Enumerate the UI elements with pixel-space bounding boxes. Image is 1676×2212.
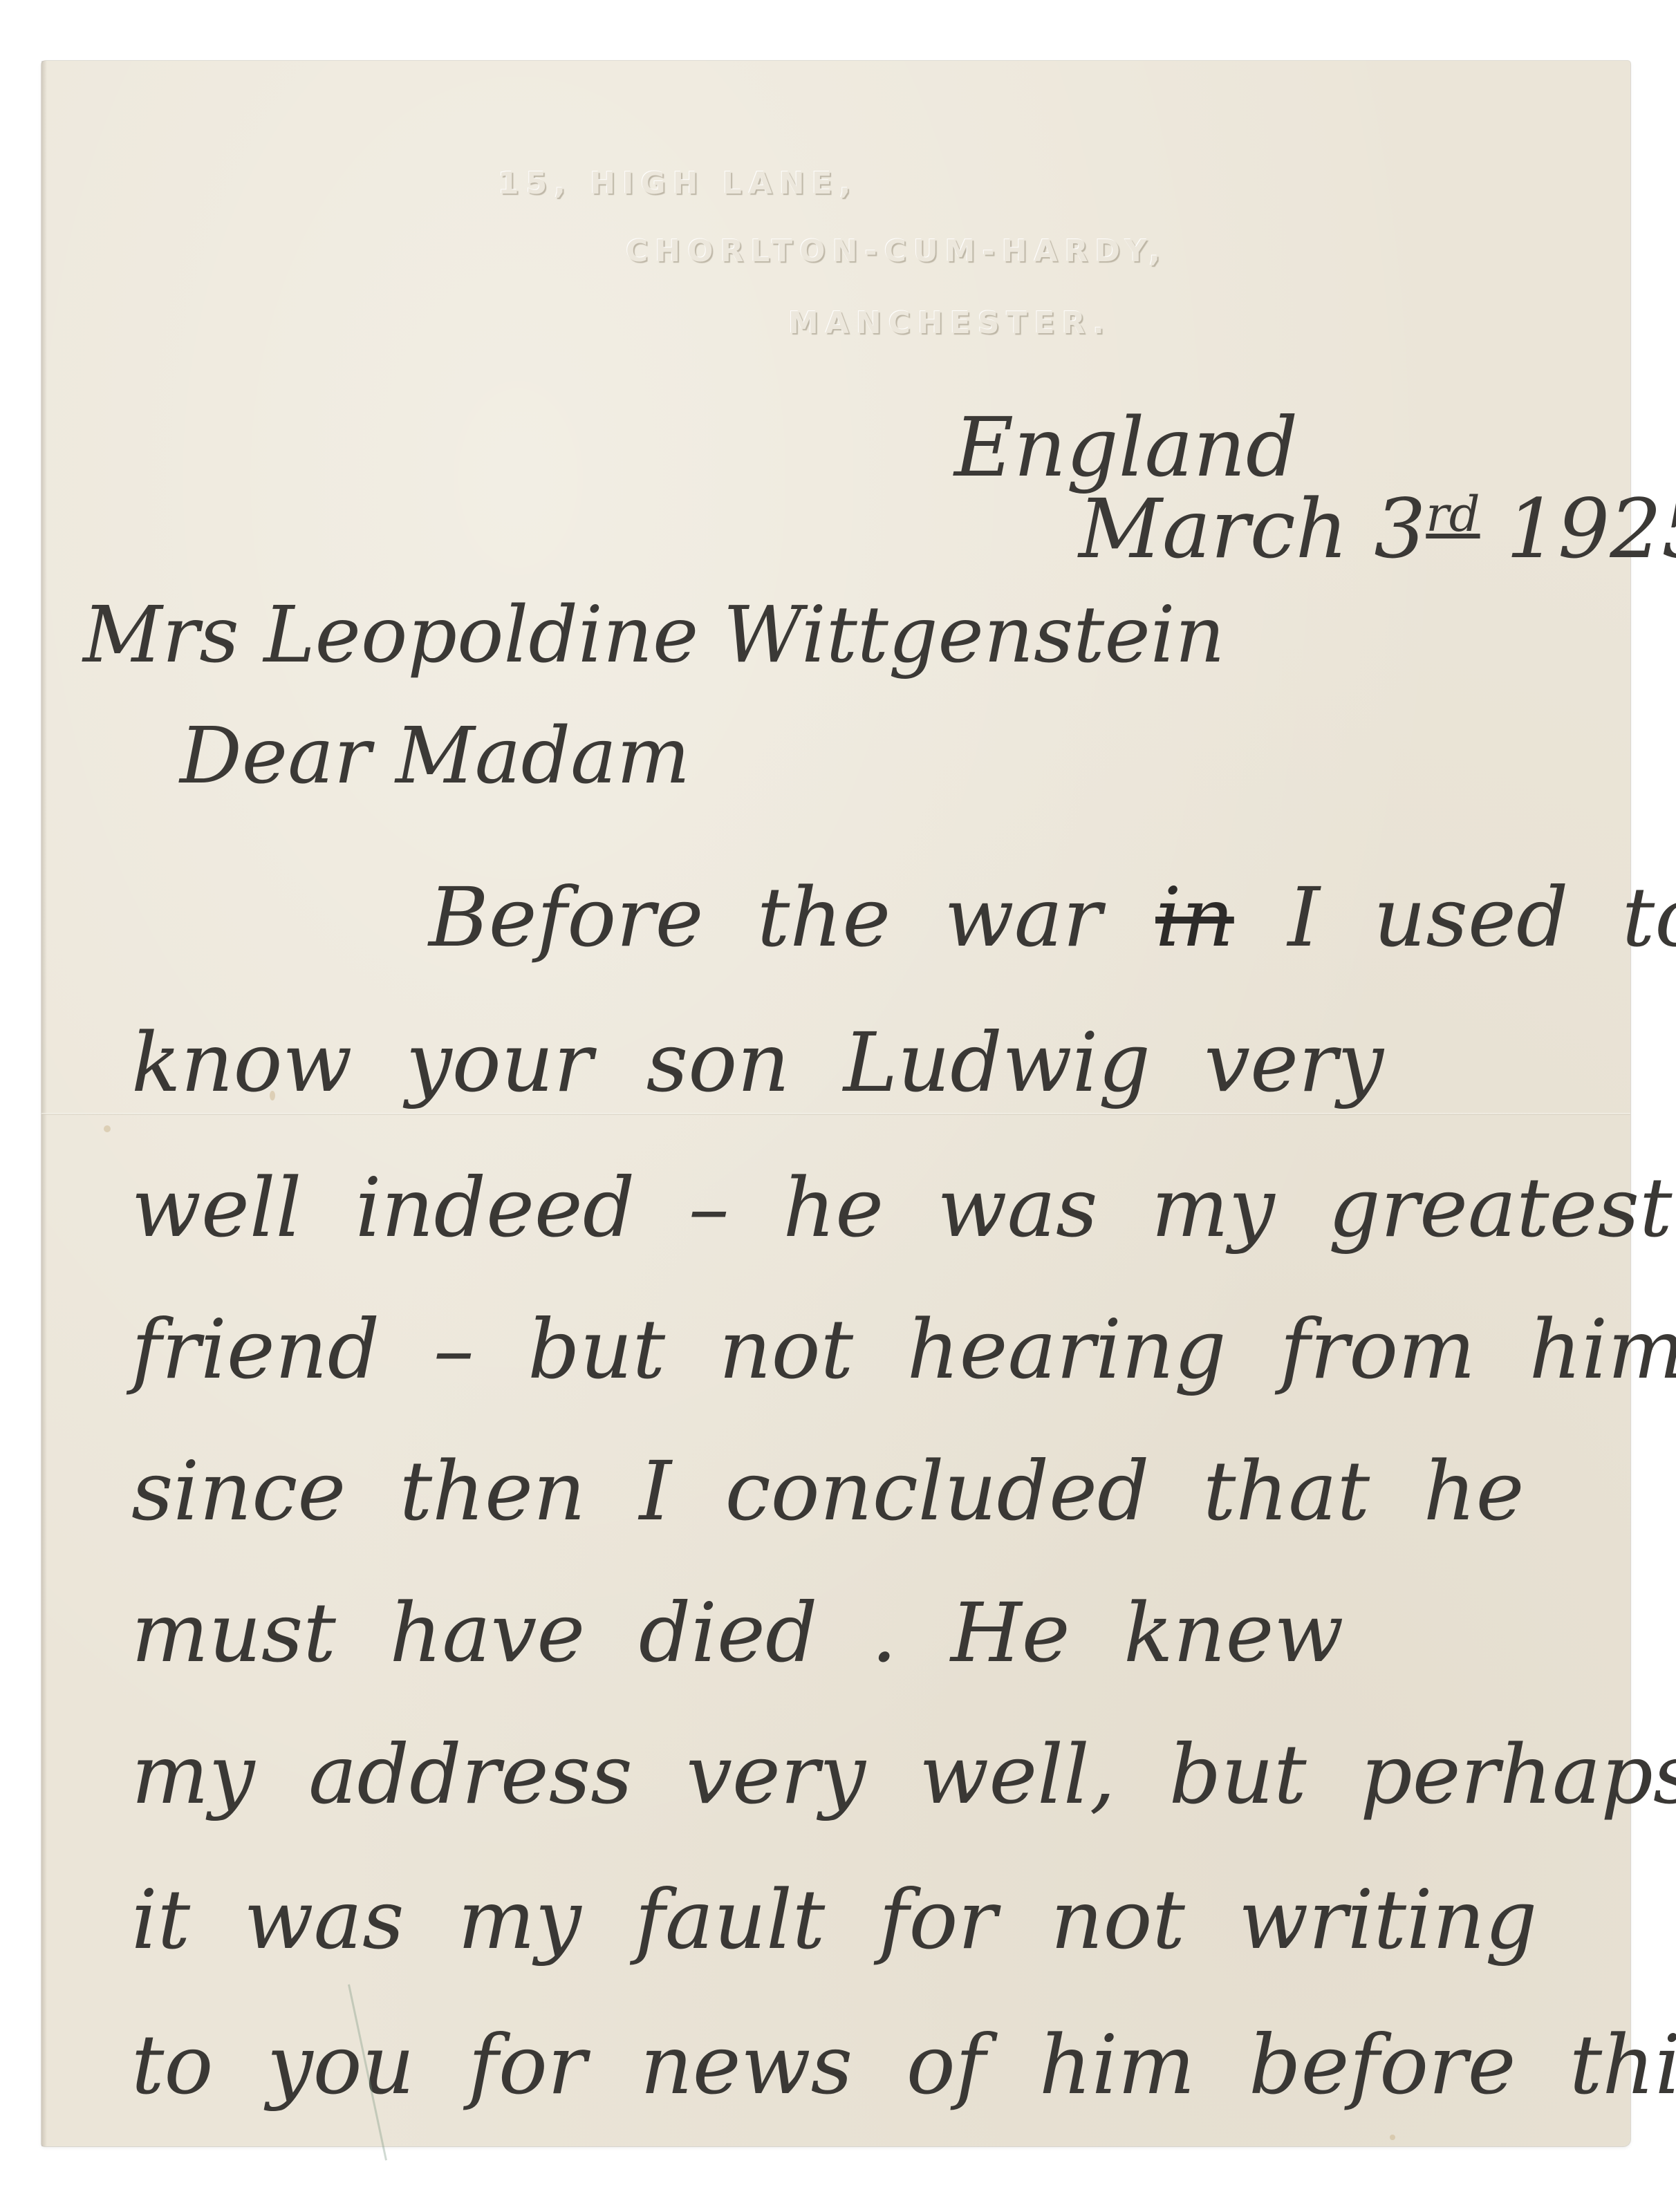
date-day: 3 [1374, 481, 1426, 577]
letterhead-street: 15, HIGH LANE, [498, 166, 857, 201]
body-line-6: must have died . He knew [131, 1592, 1343, 1674]
foxing-spot [1390, 2135, 1395, 2140]
foxing-spot [104, 1125, 111, 1132]
place-line: England [954, 406, 1298, 488]
fold-crease [41, 1113, 1630, 1115]
body-line-7: my address very well, but perhaps [131, 1734, 1676, 1815]
body-line-4: friend – but not hearing from him [131, 1309, 1676, 1390]
body-line-1-after: I used to [1287, 870, 1676, 965]
body-line-1-before: Before the war [429, 870, 1102, 965]
date-month: March [1079, 481, 1348, 577]
letterhead-district: CHORLTON-CUM-HARDY, [626, 234, 1167, 269]
body-line-5: since then I concluded that he [131, 1450, 1524, 1532]
body-line-3: well indeed – he was my greatest [131, 1167, 1672, 1248]
foxing-spot [270, 1091, 275, 1100]
body-line-1: Before the war in I used to [429, 877, 1676, 958]
salutation: Dear Madam [180, 718, 690, 795]
date-year: 1925 [1506, 481, 1676, 577]
body-line-8: it was my fault for not writing [131, 1879, 1537, 1960]
date-line: March 3rd 1925 [1079, 488, 1676, 570]
body-line-9: to you for news of him before this [131, 2024, 1676, 2106]
letterhead-city: MANCHESTER. [788, 306, 1111, 341]
body-line-2: know your son Ludwig very [131, 1022, 1384, 1103]
date-ordinal: rd [1426, 486, 1480, 543]
letter-paper: 15, HIGH LANE, CHORLTON-CUM-HARDY, MANCH… [41, 61, 1630, 2146]
recipient-line: Mrs Leopoldine Wittgenstein [83, 597, 1225, 674]
struck-word: in [1155, 870, 1234, 965]
